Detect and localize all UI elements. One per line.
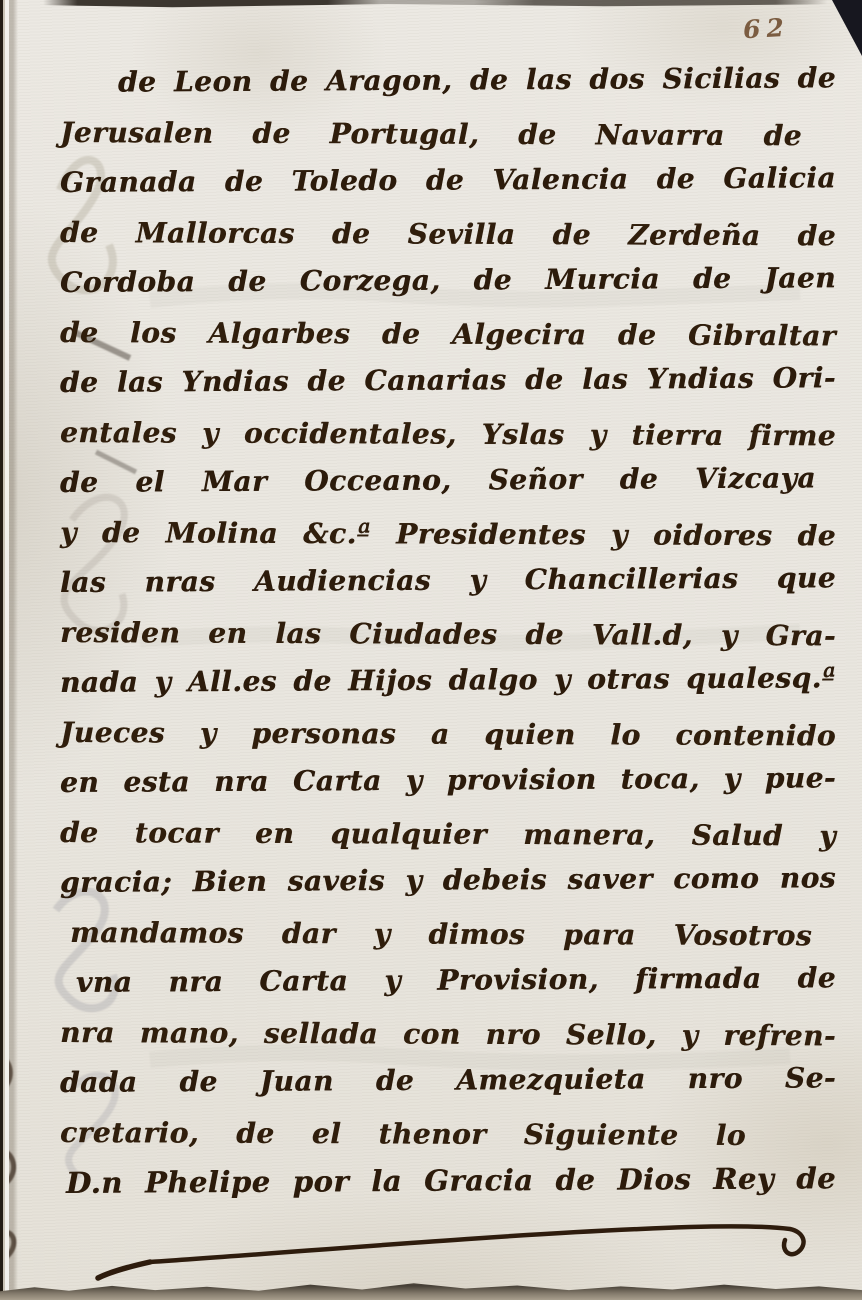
manuscript-line-15: en esta nra Carta y provision toca, y pu… [60,753,836,808]
manuscript-line-17: gracia; Bien saveis y debeis saver como … [60,853,836,908]
manuscript-line-1: de Leon de Aragon, de las dos Sicilias d… [60,53,836,108]
manuscript-line-13: nada y All.es de Hijos dalgo y otras qua… [60,653,836,708]
manuscript-line-19: vna nra Carta y Provision, firmada de [60,953,836,1008]
manuscript-line-11: las nras Audiencias y Chancillerias que [60,553,836,608]
flourish-underline [0,1200,862,1300]
manuscript-line-3: Granada de Toledo de Valencia de Galicia [60,153,836,208]
manuscript-line-5: Cordoba de Corzega, de Murcia de Jaen [60,253,836,308]
manuscript-text: de Leon de Aragon, de las dos Sicilias d… [60,58,836,1208]
manuscript-page: 62 de Leon de Aragon, de las dos Sicilia… [0,0,862,1300]
manuscript-line-9: de el Mar Occeano, Señor de Vizcaya [60,453,836,508]
manuscript-line-7: de las Yndias de Canarias de las Yndias … [60,353,836,408]
page-left-edge [0,0,18,1300]
underline-swash-tail [98,1262,150,1278]
manuscript-line-21: dada de Juan de Amezquieta nro Se- [60,1053,836,1108]
underline-swash [150,1226,804,1262]
page-number: 62 [742,13,790,44]
